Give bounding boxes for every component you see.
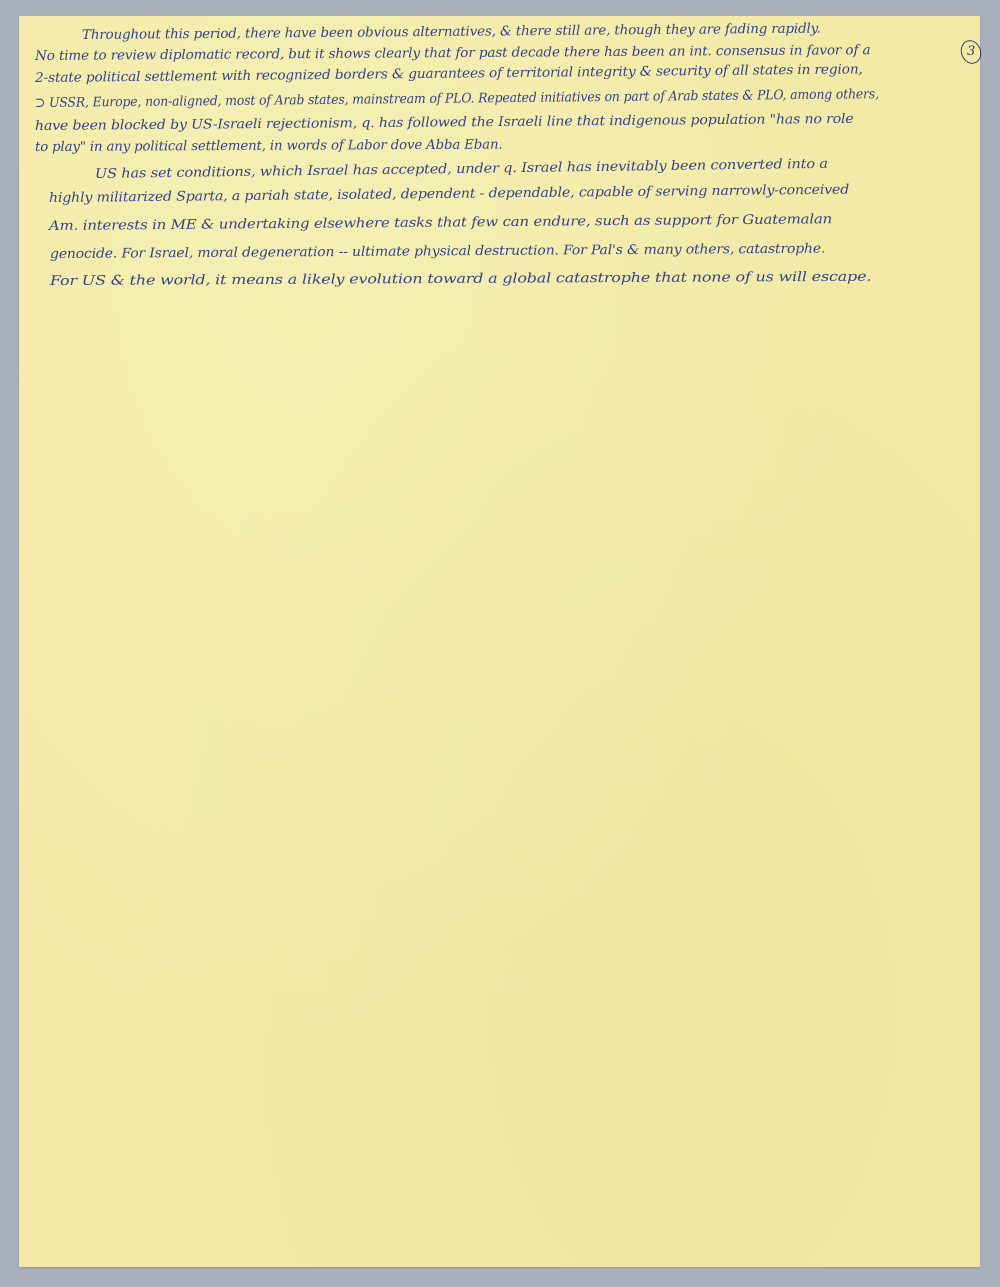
text-line-3: 2-state political settlement with recogn… <box>35 62 863 86</box>
text-line-7: US has set conditions, which Israel has … <box>95 157 828 182</box>
text-line-9: Am. interests in ME & undertaking elsewh… <box>49 212 832 234</box>
text-line-10: genocide. For Israel, moral degeneration… <box>50 242 825 262</box>
text-line-11: For US & the world, it means a likely ev… <box>50 270 871 289</box>
text-line-5: have been blocked by US-Israeli rejectio… <box>35 112 854 134</box>
handwritten-page: 3 Throughout this period, there have bee… <box>19 16 980 1267</box>
page-number: 3 <box>967 41 975 63</box>
text-line-6: to play" in any political settlement, in… <box>35 138 503 155</box>
text-line-2: No time to review diplomatic record, but… <box>35 43 871 64</box>
text-line-4: ⊃ USSR, Europe, non-aligned, most of Ara… <box>35 87 879 111</box>
text-line-8: highly militarized Sparta, a pariah stat… <box>49 183 849 206</box>
text-line-1: Throughout this period, there have been … <box>82 22 821 43</box>
page-number-circle: 3 <box>957 37 984 66</box>
